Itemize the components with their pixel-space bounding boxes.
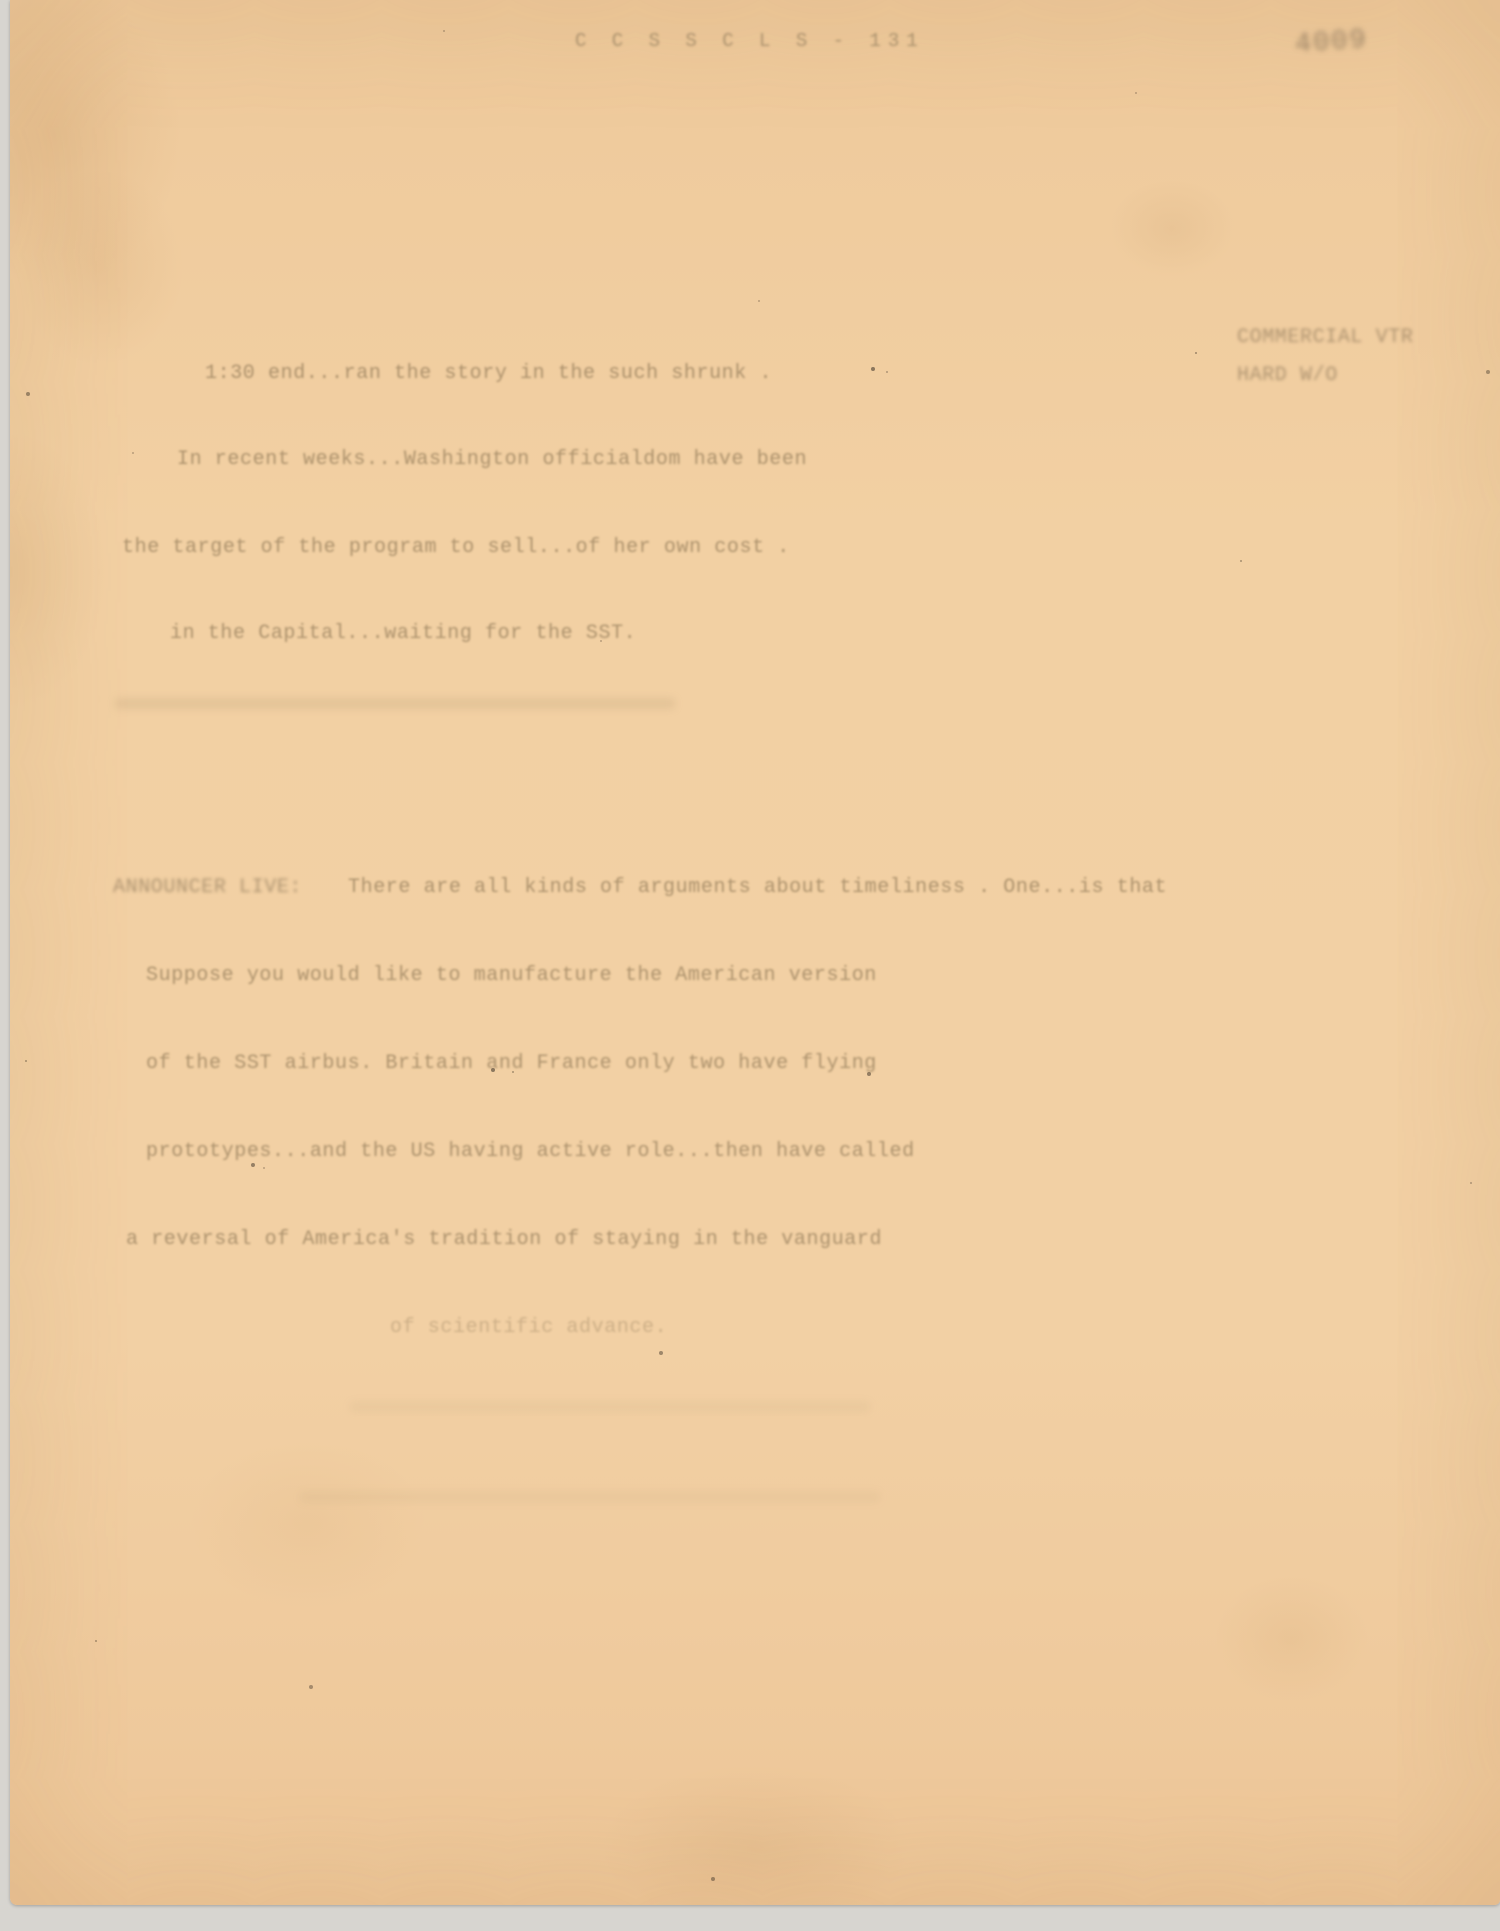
cue-label-hard-wo: HARD W/O bbox=[1237, 364, 1338, 387]
typed-line: in the Capital...waiting for the SST. bbox=[170, 622, 636, 645]
scanned-document: C C S S C L S - 131 4009 COMMERCIAL VTR … bbox=[0, 0, 1500, 1931]
paper-specks bbox=[0, 0, 2, 2]
ghost-band bbox=[350, 1402, 870, 1412]
cue-label-commercial-vtr: COMMERCIAL VTR bbox=[1237, 326, 1413, 349]
typed-line: In recent weeks...Washington officialdom… bbox=[177, 448, 807, 471]
typed-line: 1:30 end...ran the story in the such shr… bbox=[205, 362, 772, 385]
typed-line: There are all kinds of arguments about t… bbox=[348, 876, 1167, 899]
typed-line: Suppose you would like to manufacture th… bbox=[146, 964, 877, 987]
ink-smear bbox=[115, 698, 675, 709]
paper-sheet bbox=[10, 0, 1500, 1905]
typed-line: of the SST airbus. Britain and France on… bbox=[146, 1052, 877, 1075]
cue-label-announcer-live: ANNOUNCER LIVE: bbox=[113, 876, 302, 899]
corner-annotation: 4009 bbox=[1294, 25, 1369, 60]
typed-line: of scientific advance. bbox=[390, 1316, 667, 1339]
ghost-band bbox=[300, 1492, 880, 1502]
typed-line: prototypes...and the US having active ro… bbox=[146, 1140, 915, 1163]
typed-line: a reversal of America's tradition of sta… bbox=[126, 1228, 882, 1251]
typed-line: the target of the program to sell...of h… bbox=[122, 536, 790, 559]
header-fragment: C C S S C L S - 131 bbox=[575, 30, 925, 52]
